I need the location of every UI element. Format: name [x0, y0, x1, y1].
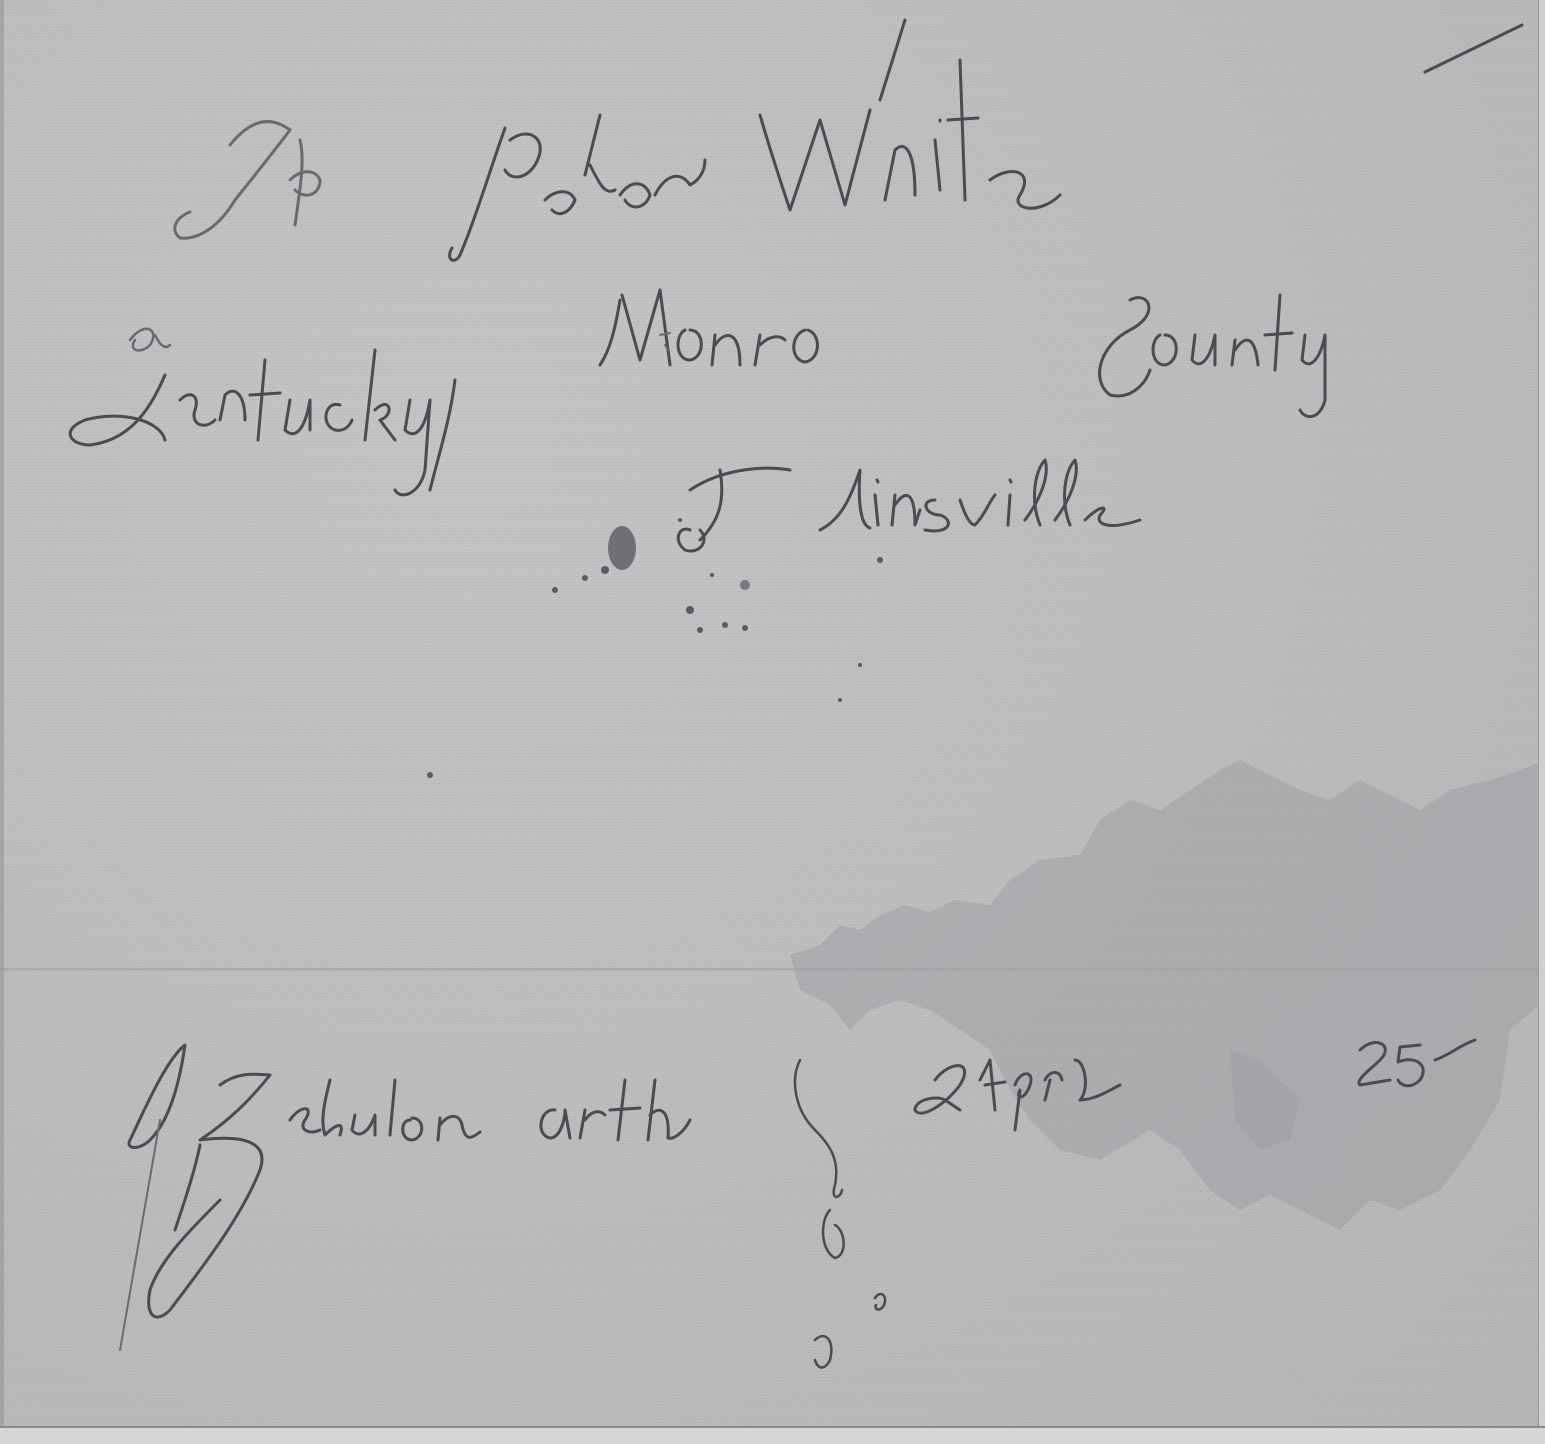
handwriting: [0, 0, 1545, 1444]
word-tompkinsville: [678, 460, 1140, 551]
signature: [120, 1045, 690, 1350]
word-kentucky: [70, 350, 430, 495]
word-peter: [450, 115, 705, 260]
word-county: [1100, 295, 1325, 417]
date-text: [915, 1060, 1120, 1130]
scanned-envelope: To Peter White Kentucky Monroe County To…: [0, 0, 1545, 1444]
pen-stroke-mark: [1425, 25, 1522, 72]
ink-splatter: [427, 518, 883, 778]
vertical-mark: [795, 1060, 885, 1368]
stroke-long-j: [430, 380, 455, 490]
word-to: [175, 122, 320, 239]
mark-a: [130, 329, 170, 351]
word-monroe: [600, 290, 817, 365]
number-25: [1359, 1040, 1475, 1086]
word-white: [760, 20, 1060, 210]
